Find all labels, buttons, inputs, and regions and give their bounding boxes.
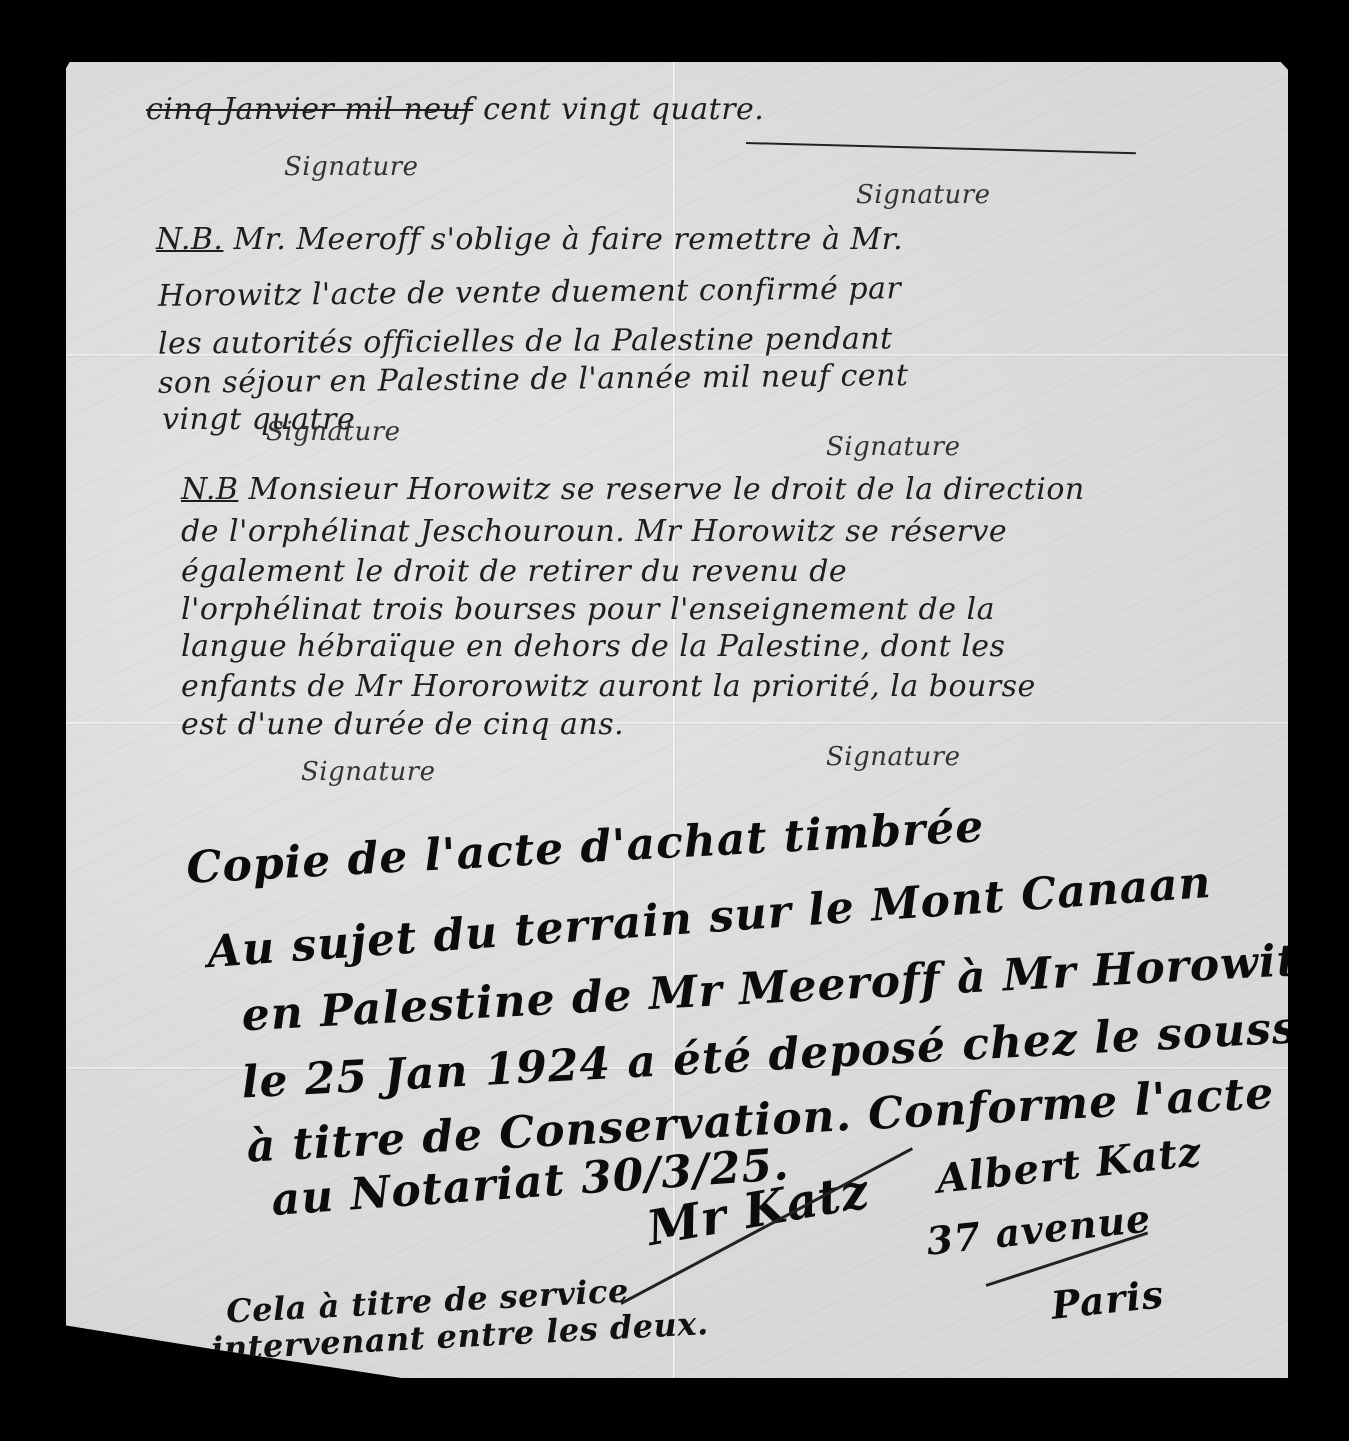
signature-label-left-3: Signature (301, 757, 436, 787)
date-line-text: cent vingt quatre. (483, 92, 764, 127)
signature-label-right-2: Signature (826, 432, 961, 462)
date-underline (746, 142, 1136, 154)
signature-label-right-1: Signature (856, 180, 991, 210)
signatory-city: Paris (1049, 1271, 1166, 1328)
nb2-line-4: l'orphélinat trois bourses pour l'enseig… (181, 592, 995, 627)
nb1-line-4: son séjour en Palestine de l'année mil n… (158, 358, 909, 401)
lower-line-1: Copie de l'acte d'achat timbrée (185, 801, 985, 894)
nb2-line-1: N.B Monsieur Horowitz se reserve le droi… (181, 472, 1085, 507)
nb2-line-3: également le droit de retirer du revenu … (181, 554, 847, 589)
date-line: cinq Janvier mil neuf cent vingt quatre. (146, 92, 764, 127)
signature-label-right-3: Signature (826, 742, 961, 772)
signature-label-left-1: Signature (284, 152, 419, 182)
nb2-line-7: est d'une durée de cinq ans. (181, 707, 624, 742)
nb1-line-1: N.B. Mr. Meeroff s'oblige à faire remett… (156, 222, 903, 257)
nb2-line-5: langue hébraïque en dehors de la Palesti… (181, 629, 1005, 664)
signatory-name: Albert Katz (934, 1128, 1203, 1203)
document-page: cinq Janvier mil neuf cent vingt quatre.… (66, 62, 1288, 1378)
nb2-line-2: de l'orphélinat Jeschouroun. Mr Horowitz… (181, 514, 1007, 549)
signature-label-left-2: Signature (266, 417, 401, 447)
nb2-line-6: enfants de Mr Hororowitz auront la prior… (181, 669, 1036, 704)
nb1-label: N.B. (156, 222, 223, 257)
nb2-label: N.B (181, 472, 238, 507)
signatory-address: 37 avenue (924, 1195, 1153, 1263)
nb1-line-2: Horowitz l'acte de vente duement confirm… (158, 271, 902, 314)
struck-date-text: cinq Janvier mil neuf (146, 92, 473, 127)
nb1-line-3: les autorités officielles de la Palestin… (158, 321, 893, 361)
